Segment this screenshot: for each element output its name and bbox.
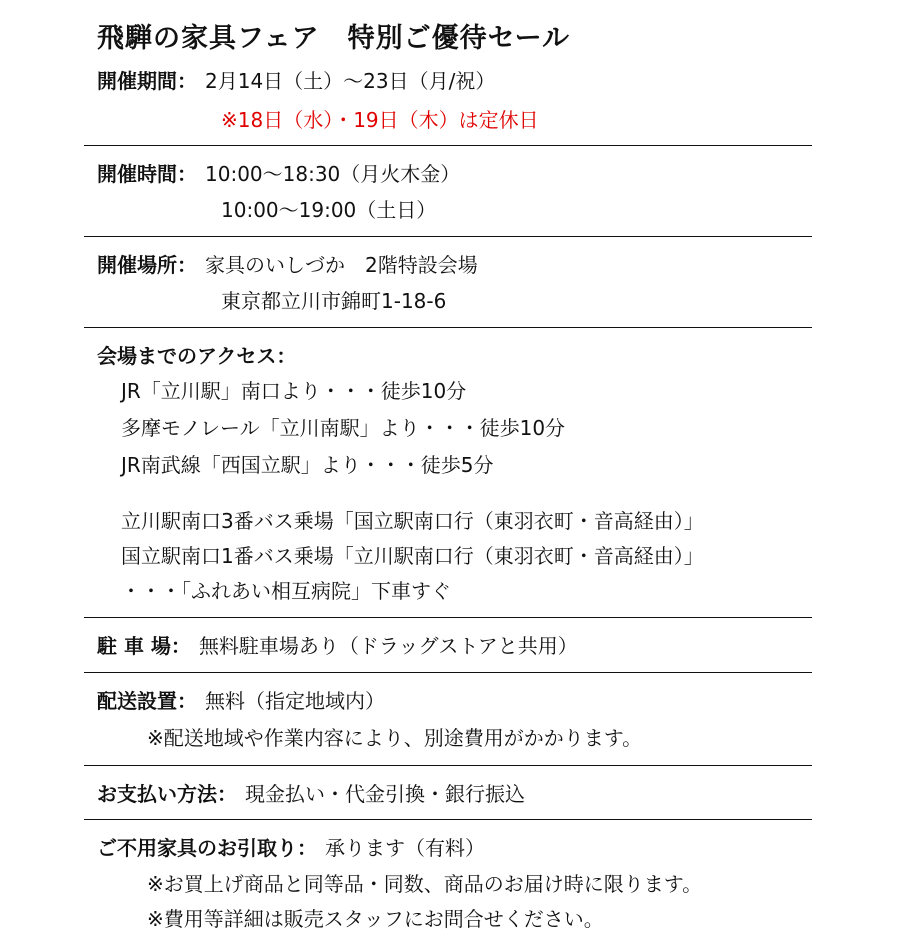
divider [84, 617, 812, 618]
payment-value: 現金払い・代金引換・銀行振込 [245, 782, 525, 806]
hours-row: 開催時間：10:00～18:30（月火木金） [97, 161, 460, 187]
access-label: 会場までのアクセス： [97, 343, 296, 369]
access-bus-item: 立川駅南口3番バス乗場「国立駅南口行（東羽衣町・音高経由）」 [121, 508, 704, 534]
page-title: 飛騨の家具フェア 特別ご優待セール [97, 16, 570, 55]
parking-row: 駐 車 場：無料駐車場あり（ドラッグストアと共用） [97, 633, 578, 659]
parking-value: 無料駐車場あり（ドラッグストアと共用） [199, 634, 578, 658]
access-train-item: JR南武線「西国立駅」より・・・徒歩5分 [121, 452, 494, 478]
access-bus-item: 国立駅南口1番バス乗場「立川駅南口行（東羽衣町・音高経由）」 [121, 543, 704, 569]
divider [84, 672, 812, 673]
venue-label: 開催場所： [97, 253, 197, 277]
pickup-row: ご不用家具のお引取り：承ります（有料） [97, 835, 485, 861]
divider [84, 236, 812, 237]
access-bus-item: ・・・「ふれあい相互病院」下車すぐ [121, 578, 451, 604]
divider [84, 145, 812, 146]
delivery-value: 無料（指定地域内） [205, 689, 385, 713]
period-row: 開催期間：2月14日（土）～23日（月/祝） [97, 68, 495, 94]
pickup-value: 承ります（有料） [325, 836, 485, 860]
divider [84, 327, 812, 328]
period-label: 開催期間： [97, 69, 197, 93]
pickup-note: ※費用等詳細は販売スタッフにお問合せください。 [147, 906, 604, 932]
delivery-note: ※配送地域や作業内容により、別途費用がかかります。 [147, 725, 642, 751]
pickup-note: ※お買上げ商品と同等品・同数、商品のお届け時に限ります。 [147, 871, 702, 897]
access-train-item: 多摩モノレール「立川南駅」より・・・徒歩10分 [121, 415, 565, 441]
payment-row: お支払い方法：現金払い・代金引換・銀行振込 [97, 781, 525, 807]
divider [84, 819, 812, 820]
hours-weekday: 10:00～18:30（月火木金） [205, 162, 460, 186]
divider [84, 765, 812, 766]
hours-label: 開催時間： [97, 162, 197, 186]
venue-address: 東京都立川市錦町1-18-6 [221, 288, 446, 314]
period-closed-note: ※18日（水）・19日（木）は定休日 [221, 107, 539, 133]
access-train-item: JR「立川駅」南口より・・・徒歩10分 [121, 378, 466, 404]
pickup-label: ご不用家具のお引取り： [97, 836, 317, 860]
venue-name: 家具のいしづか 2階特設会場 [205, 253, 478, 277]
parking-label: 駐 車 場： [97, 634, 191, 658]
venue-row: 開催場所：家具のいしづか 2階特設会場 [97, 252, 478, 278]
delivery-label: 配送設置： [97, 689, 197, 713]
payment-label: お支払い方法： [97, 782, 237, 806]
delivery-row: 配送設置：無料（指定地域内） [97, 688, 385, 714]
hours-weekend: 10:00～19:00（土日） [221, 197, 436, 223]
period-value: 2月14日（土）～23日（月/祝） [205, 69, 495, 93]
